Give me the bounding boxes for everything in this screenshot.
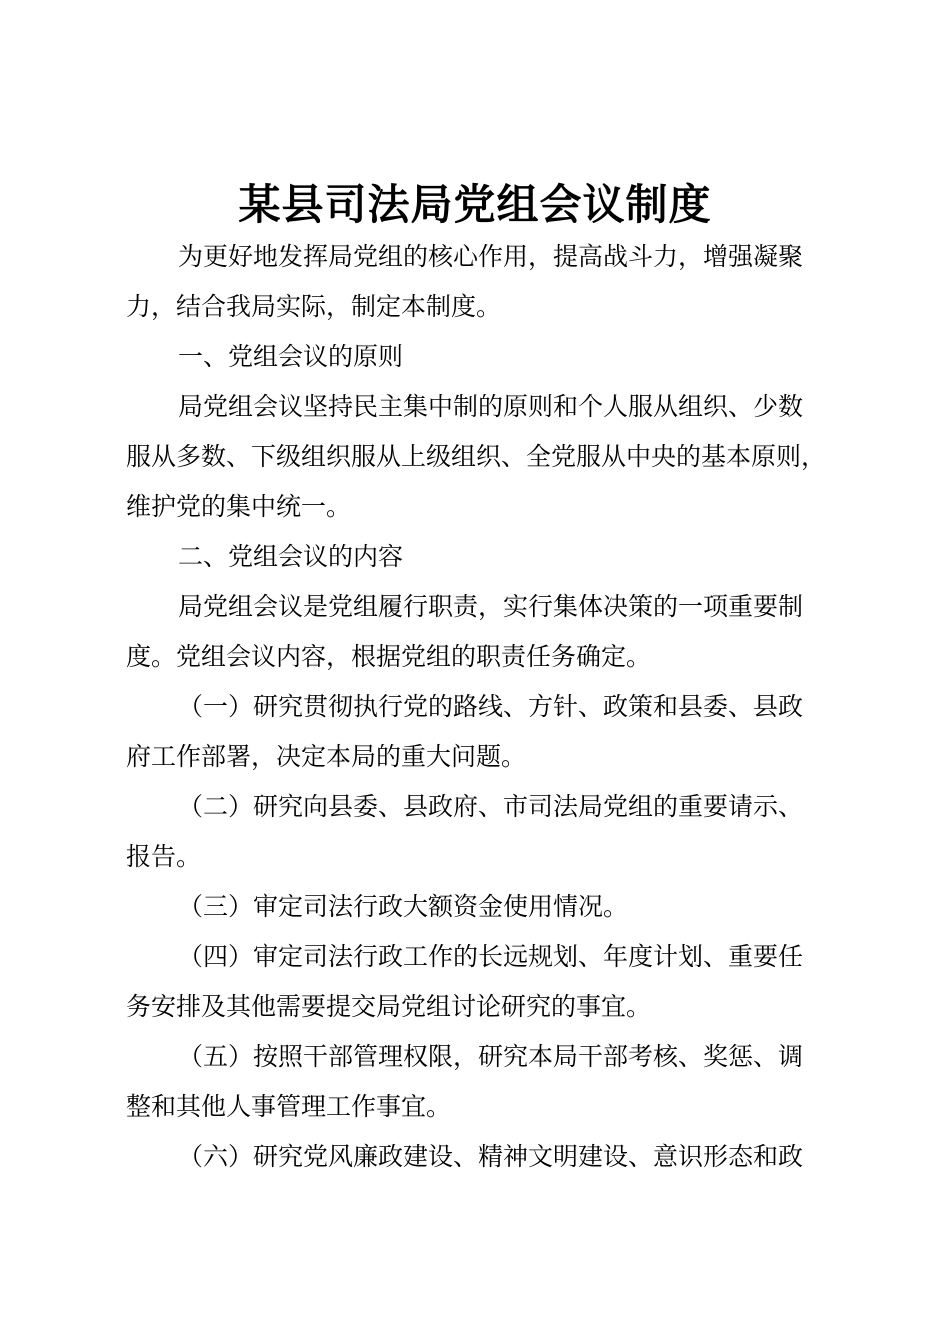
document-body: 为更好地发挥局党组的核心作用，提高战斗力，增强凝聚 力，结合我局实际，制定本制度… <box>126 232 832 1182</box>
text-line: 服从多数、下级组织服从上级组织、全党服从中央的基本原则， <box>126 432 832 482</box>
text-line: 力，结合我局实际，制定本制度。 <box>126 282 832 332</box>
text-line: 整和其他人事管理工作事宜。 <box>126 1082 832 1132</box>
text-line: 报告。 <box>126 832 832 882</box>
list-item-3: （三）审定司法行政大额资金使用情况。 <box>126 882 832 932</box>
intro-paragraph: 为更好地发挥局党组的核心作用，提高战斗力，增强凝聚 力，结合我局实际，制定本制度… <box>126 232 832 332</box>
principles-paragraph: 局党组会议坚持民主集中制的原则和个人服从组织、少数 服从多数、下级组织服从上级组… <box>126 382 832 532</box>
text-line: （三）审定司法行政大额资金使用情况。 <box>126 882 832 932</box>
list-item-2: （二）研究向县委、县政府、市司法局党组的重要请示、 报告。 <box>126 782 832 882</box>
list-item-4: （四）审定司法行政工作的长远规划、年度计划、重要任 务安排及其他需要提交局党组讨… <box>126 932 832 1032</box>
text-line: 局党组会议是党组履行职责，实行集体决策的一项重要制 <box>126 582 832 632</box>
text-line: 局党组会议坚持民主集中制的原则和个人服从组织、少数 <box>126 382 832 432</box>
text-line: 度。党组会议内容，根据党组的职责任务确定。 <box>126 632 832 682</box>
text-line: 为更好地发挥局党组的核心作用，提高战斗力，增强凝聚 <box>126 232 832 282</box>
text-line: 府工作部署，决定本局的重大问题。 <box>126 732 832 782</box>
list-item-5: （五）按照干部管理权限，研究本局干部考核、奖惩、调 整和其他人事管理工作事宜。 <box>126 1032 832 1132</box>
text-line: 维护党的集中统一。 <box>126 482 832 532</box>
section-heading-principles: 一、党组会议的原则 <box>126 332 832 382</box>
text-line: 务安排及其他需要提交局党组讨论研究的事宜。 <box>126 982 832 1032</box>
section-heading-content: 二、党组会议的内容 <box>126 532 832 582</box>
text-line: （六）研究党风廉政建设、精神文明建设、意识形态和政 <box>126 1132 832 1182</box>
text-line: 一、党组会议的原则 <box>126 332 832 382</box>
text-line: 二、党组会议的内容 <box>126 532 832 582</box>
document-page: 某县司法局党组会议制度 为更好地发挥局党组的核心作用，提高战斗力，增强凝聚 力，… <box>0 0 950 1344</box>
text-line: （四）审定司法行政工作的长远规划、年度计划、重要任 <box>126 932 832 982</box>
content-paragraph: 局党组会议是党组履行职责，实行集体决策的一项重要制 度。党组会议内容，根据党组的… <box>126 582 832 682</box>
list-item-1: （一）研究贯彻执行党的路线、方针、政策和县委、县政 府工作部署，决定本局的重大问… <box>126 682 832 782</box>
list-item-6: （六）研究党风廉政建设、精神文明建设、意识形态和政 <box>126 1132 832 1182</box>
document-title: 某县司法局党组会议制度 <box>0 176 950 234</box>
text-line: （五）按照干部管理权限，研究本局干部考核、奖惩、调 <box>126 1032 832 1082</box>
text-line: （二）研究向县委、县政府、市司法局党组的重要请示、 <box>126 782 832 832</box>
text-line: （一）研究贯彻执行党的路线、方针、政策和县委、县政 <box>126 682 832 732</box>
